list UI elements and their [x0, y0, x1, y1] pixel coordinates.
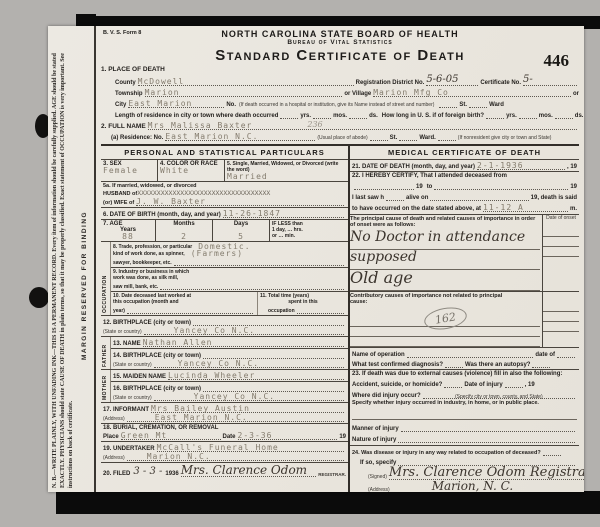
ward-label: Ward. [419, 135, 435, 141]
date-of-onset-column: Date of onset [542, 215, 579, 291]
signed-address-value: Marion, N. C. [432, 480, 514, 492]
operation-label: Name of operation [352, 352, 405, 358]
father-name-field: 13. NAME Nathan Allen [111, 337, 348, 348]
spouse-value: J. W. Baxter [136, 198, 206, 206]
mother-side-label: MOTHER [101, 370, 111, 402]
county-value: McDowell [138, 78, 185, 86]
informant-address-value: East Marion N.C. [155, 414, 248, 422]
undertaker-address-label: (Address) [103, 455, 125, 461]
age-days: Days 5 [213, 220, 270, 241]
principal-cause-block: The principal cause of death and related… [350, 214, 579, 291]
personal-column: PERSONAL AND STATISTICAL PARTICULARS 3. … [101, 146, 350, 492]
registrar-caption: REGISTRAR. [318, 472, 346, 477]
certno-label: Certificate No. [480, 80, 521, 86]
medical-column: MEDICAL CERTIFICATE OF DEATH 21. DATE OF… [350, 146, 579, 492]
burial-date-value: 2-3-36 [238, 432, 273, 440]
ward-label: Ward [489, 102, 504, 108]
mos-label: mos. [333, 113, 347, 119]
cause-code-circled: 162 [422, 304, 468, 332]
form-header: B. V. S. Form 8 NORTH CAROLINA STATE BOA… [101, 29, 579, 64]
birthplace-12-note: (State or country) [103, 329, 142, 335]
age-if-less: IF LESS than 1 day, … hrs. or … min. [270, 220, 348, 241]
operation-date-label: date of [535, 352, 555, 358]
medical-title: MEDICAL CERTIFICATE OF DEATH [350, 146, 579, 160]
race-value: White [160, 167, 222, 175]
city-label: City [115, 102, 126, 108]
dob-label: 6. DATE OF BIRTH (month, day, and year) [103, 212, 221, 218]
birthplace-12-field: 12. BIRTHPLACE (city or town) (State or … [101, 315, 348, 336]
margin-binding-label: MARGIN RESERVED FOR BINDING [81, 160, 88, 360]
mother-birthplace-note: (State or country) [113, 395, 152, 401]
village-value: Marion Mfg Co [373, 89, 449, 97]
or-label: or [573, 91, 579, 97]
us-residency-label: How long in U. S. if of foreign birth? [382, 113, 484, 119]
industry-label: saw mill, bank, etc. [113, 284, 158, 290]
days-value: 5 [215, 233, 267, 241]
injury-date-label: Date of injury [464, 382, 502, 388]
date-of-onset-label: Date of onset [543, 215, 579, 221]
burial-place-label: Place [103, 434, 119, 440]
months-label: Months [158, 221, 210, 227]
yrs-label: yrs. [506, 113, 517, 119]
township-label: Township [115, 91, 143, 97]
filed-date-value: 3 - 3 - [133, 467, 162, 477]
informant-address-label: (Address) [103, 416, 125, 422]
birthplace-12-value: Yancey Co N.C. [174, 327, 255, 335]
year-19-label: 19 [531, 195, 538, 201]
occupation-side-label: OCCUPATION [101, 242, 111, 315]
year-19-label: 19 [570, 184, 577, 190]
operation-row: Name of operation date of What test conf… [350, 347, 579, 369]
related-label: 24. Was disease or injury in any way rel… [352, 450, 541, 456]
last-worked-label: year) [113, 308, 125, 314]
mos-label: mos. [539, 113, 553, 119]
form-number: B. V. S. Form 8 [103, 30, 141, 36]
nonresident-note: (If nonresident give city or town and St… [458, 135, 552, 141]
informant-field: 17. INFORMANT Mrs Bailey Austin (Address… [101, 402, 348, 423]
signed-address-label: (Address) [368, 487, 390, 492]
village-label: or Village [344, 91, 371, 97]
year-19-label: 19 [416, 184, 423, 190]
father-birthplace-note: (State or country) [113, 362, 152, 368]
maiden-name-value: Lucinda Wheeler [168, 372, 255, 380]
father-side-label: FATHER [101, 337, 111, 369]
trade-label: 8. Trade, profession, or particular [113, 244, 192, 250]
page-title: Standard Certificate of Death [101, 47, 579, 64]
maiden-name-label: 15. MAIDEN NAME [113, 374, 166, 380]
undertaker-value: McCall's Funeral Home [157, 444, 279, 452]
father-block: FATHER 13. NAME Nathan Allen 14. BIRTHPL… [101, 336, 348, 369]
certify-block: 22. I HEREBY CERTIFY, That I attended de… [350, 171, 579, 214]
date-of-death-field: 21. DATE OF DEATH (month, day, and year)… [350, 160, 579, 171]
specify-note: (Specify city or town, county, and State… [455, 394, 543, 400]
accident-label: Accident, suicide, or homicide? [352, 382, 442, 388]
certno-value: 5- [523, 75, 533, 85]
signed-label: (Signed) [368, 474, 387, 480]
spouse-strikeout: XXXXXXXXXXXXXXXXXXXXXXXXXXXXXXXXXX [137, 189, 346, 197]
m-label: m. [570, 206, 577, 212]
residence-length-label: Length of residence in city or town wher… [115, 113, 278, 119]
date-of-death-suffix: , 19 [567, 164, 577, 170]
occupation-related-block: 24. Was disease or injury in any way rel… [350, 445, 579, 492]
father-birthplace-field: 14. BIRTHPLACE (city or town) (State or … [111, 348, 348, 369]
undertaker-address-value: Marion N.C. [147, 453, 211, 461]
mother-birthplace-value: Yancey Co N.C. [194, 393, 275, 401]
if-less-label: or … min. [272, 233, 346, 239]
manner-of-injury-label: Manner of injury [352, 426, 399, 432]
marital-field: 5. Single, Married, Widowed, or Divorced… [225, 160, 348, 181]
autopsy-label: Was there an autopsy? [465, 362, 530, 368]
district-label: Registration District No. [356, 80, 425, 86]
age-field: 7. AGE Years 88 Months 2 Days 5 IF LESS … [101, 219, 348, 241]
months-value: 2 [158, 233, 210, 241]
age-months: Months 2 [156, 220, 213, 241]
abode-note: (Usual place of abode) [317, 135, 367, 141]
mother-block: MOTHER 15. MAIDEN NAME Lucinda Wheeler 1… [101, 369, 348, 402]
dob-value: 11-26-1847 [223, 210, 281, 218]
onset-column-rules [542, 292, 579, 347]
date-of-death-value: 2-1-1936 [477, 162, 524, 170]
certificate-document: N. B.—WRITE PLAINLY, WITH UNFADING INK—T… [48, 26, 584, 492]
time-of-death-value: 11-12 A [483, 204, 524, 212]
last-saw-label: I last saw h [352, 195, 384, 201]
ds-label: ds. [369, 113, 378, 119]
last-worked-field: 10. Date deceased last worked at this oc… [111, 291, 348, 315]
pencil-mark: 236 [307, 121, 322, 129]
father-name-value: Nathan Allen [143, 339, 213, 347]
dob-field: 6. DATE OF BIRTH (month, day, and year) … [101, 207, 348, 219]
medical-signature: Mrs. Clarence Odom Registrar [389, 466, 584, 479]
external-causes-label: 23. If death was due to external causes … [352, 371, 577, 377]
where-detail-label: Specify whether injury occurred in indus… [352, 400, 539, 406]
informant-value: Mrs Bailey Austin [151, 405, 250, 413]
alive-on-label: alive on [406, 195, 428, 201]
org-title: NORTH CAROLINA STATE BOARD OF HEALTH [101, 29, 579, 39]
days-label: Days [215, 221, 267, 227]
burial-place-value: Green Mt [121, 432, 168, 440]
maiden-name-field: 15. MAIDEN NAME Lucinda Wheeler [111, 370, 348, 381]
district-value: 5-6-05 [426, 75, 458, 85]
certificate-form: B. V. S. Form 8 NORTH CAROLINA STATE BOA… [94, 26, 582, 492]
contributory-block: Contributory causes of importance not re… [350, 291, 579, 347]
burial-year-label: 19 [339, 434, 346, 440]
residence-value: East Marion N.C. [165, 133, 258, 141]
race-field: 4. COLOR OR RACE White [158, 160, 225, 181]
father-birthplace-value: Yancey Co N.C. [178, 360, 259, 368]
undertaker-field: 19. UNDERTAKER McCall's Funeral Home (Ad… [101, 441, 348, 462]
st-label: St. [390, 135, 398, 141]
street-no-label: No. [226, 102, 236, 108]
filed-field: 20. FILED 3 - 3 - 1936 Mrs. Clarence Odo… [101, 462, 348, 478]
trade-field: 8. Trade, profession, or particular Dome… [111, 242, 348, 267]
trade-label: sawyer, bookkeeper, etc. [113, 260, 172, 266]
years-value: 88 [103, 233, 153, 241]
test-label: What test confirmed diagnosis? [352, 362, 443, 368]
filed-year: 1936 [165, 471, 178, 477]
total-time-field: 11. Total time (years) spent in this occ… [258, 292, 348, 315]
margin-instructions: N. B.—WRITE PLAINLY, WITH UNFADING INK—T… [51, 36, 75, 488]
injury-year-label: , 19 [525, 382, 535, 388]
nature-of-injury-label: Nature of injury [352, 437, 396, 443]
date-of-death-label: 21. DATE OF DEATH (month, day, and year) [352, 164, 475, 170]
section-full-name: 2. FULL NAME Mrs Malissa Baxter 236 (a) … [101, 120, 579, 142]
wife-of-label: (or) WIFE of [103, 200, 134, 206]
yrs-label: yrs. [300, 113, 311, 119]
husband-of-label: HUSBAND of [103, 191, 137, 197]
where-injury-label: Where did injury occur? [352, 393, 421, 399]
mother-birthplace-field: 16. BIRTHPLACE (city or town) (State or … [111, 381, 348, 402]
total-time-label: occupation [268, 308, 295, 314]
place-section-label: 1. PLACE OF DEATH [101, 66, 165, 73]
marital-value: Married [227, 173, 346, 181]
county-label: County [115, 80, 136, 86]
filed-label: 20. FILED [103, 471, 130, 477]
full-name-value: Mrs Malissa Baxter [148, 122, 253, 130]
township-value: Marion [145, 89, 180, 97]
cause-handwriting-1: No Doctor in attendance [350, 230, 540, 244]
hole-punch [29, 287, 49, 308]
industry-field: 9. Industry or business in which work wa… [111, 267, 348, 291]
residence-label: (a) Residence: No. [111, 135, 163, 141]
external-causes-block: 23. If death was due to external causes … [350, 369, 579, 445]
hospital-note: (If death occurred in a hospital or inst… [239, 102, 434, 108]
sex-field: 3. SEX Female [101, 160, 158, 181]
registrar-signature: Mrs. Clarence Odom [181, 464, 307, 476]
personal-title: PERSONAL AND STATISTICAL PARTICULARS [101, 146, 348, 160]
age-years: 7. AGE Years 88 [101, 220, 156, 241]
principal-cause-label: The principal cause of death and related… [350, 216, 540, 228]
occurred-label: to have occurred on the date stated abov… [352, 206, 481, 212]
st-label: St. [459, 102, 467, 108]
father-name-label: 13. NAME [113, 341, 141, 347]
section-place-of-death: 1. PLACE OF DEATH County McDowell Regist… [101, 64, 579, 120]
burial-date-label: Date [223, 434, 236, 440]
death-said-label: , death is said [537, 195, 577, 201]
city-value: East Marion [128, 100, 192, 108]
occupation-block: OCCUPATION 8. Trade, profession, or part… [101, 241, 348, 315]
full-name-label: 2. FULL NAME [101, 123, 146, 130]
bureau-title: Bureau of Vital Statistics [101, 39, 579, 46]
scan-artifact-bottom-bar [56, 491, 600, 514]
sex-value: Female [103, 167, 155, 175]
ds-label: ds. [575, 113, 584, 119]
to-label: to [427, 184, 433, 190]
certificate-big-number: 446 [544, 51, 570, 71]
burial-field: 18. BURIAL, CREMATION, OR REMOVAL Place … [101, 423, 348, 441]
spouse-field: 5a. If married, widowed, or divorced HUS… [101, 181, 348, 207]
contributory-label-2: cause: [350, 299, 540, 305]
